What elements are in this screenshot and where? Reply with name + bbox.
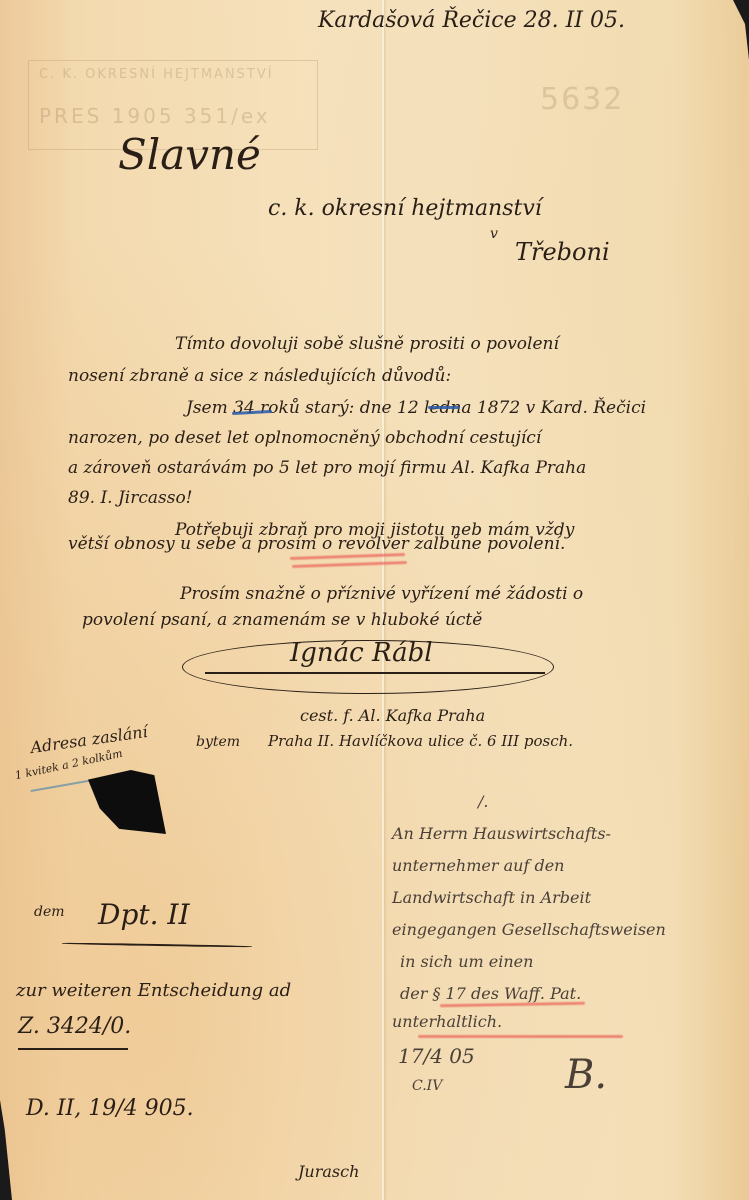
page-edge — [0, 1100, 12, 1200]
annotation-mark: /. — [478, 792, 488, 811]
stamp-text-1: C. K. OKRESNÍ HEJTMANSTVÍ — [39, 67, 307, 82]
red-underline-final — [418, 1035, 623, 1038]
addressee-line-1: c. k. okresní hejtmanství — [268, 196, 542, 221]
body-line-2: nosení zbraně a sice z následujících dův… — [68, 366, 451, 386]
body-line-9: Prosím snažně o příznivé vyřízení mé žád… — [180, 584, 583, 604]
signature-prefix: bytem — [196, 734, 240, 750]
annotation-date: 17/4 05 — [398, 1044, 475, 1068]
stamp-text-2: PRES 1905 351/ex — [39, 104, 307, 128]
torn-corner — [709, 0, 749, 60]
salutation: Slavné — [118, 130, 261, 179]
blue-underline-year — [428, 406, 460, 409]
signature-detail-2: Praha II. Havlíčkova ulice č. 6 III posc… — [268, 732, 573, 750]
body-line-1: Tímto dovoluji sobě slušně prositi o pov… — [175, 334, 559, 354]
annotation-line-7: unterhaltlich. — [392, 1012, 502, 1031]
red-underline-2 — [292, 561, 407, 568]
body-line-5: a zároveň ostarávám po 5 let pro mojí fi… — [68, 458, 586, 478]
margin-note-1: Adresa zaslání — [29, 722, 149, 757]
addressee-line-3: Třeboni — [515, 238, 610, 266]
place-date: Kardašová Řečice 28. II 05. — [318, 8, 625, 33]
left-annotation-ref: Z. 3424/0. — [18, 1014, 131, 1039]
annotation-line-5: in sich um einen — [400, 952, 533, 971]
red-underline-1 — [290, 553, 405, 560]
annotation-line-6: der § 17 des Waff. Pat. — [400, 984, 581, 1003]
addressee-line-2: v — [490, 226, 498, 242]
annotation-line-2: unternehmer auf den — [392, 856, 564, 875]
annotation-ref: C.IV — [412, 1078, 442, 1094]
annotation-line-3: Landwirtschaft in Arbeit — [392, 888, 591, 907]
body-line-6: 89. I. Jircasso! — [68, 488, 193, 508]
annotation-line-1: An Herrn Hauswirtschafts- — [392, 824, 611, 843]
annotation-initial: B. — [565, 1052, 607, 1098]
body-line-8: větší obnosy u sebe a prosím o revolver … — [68, 534, 565, 554]
body-line-4: narozen, po deset let oplnomocněný obcho… — [68, 428, 541, 448]
document-page: C. K. OKRESNÍ HEJTMANSTVÍ PRES 1905 351/… — [0, 0, 749, 1200]
dept-underline — [62, 942, 252, 947]
dept-prefix: dem — [34, 904, 65, 920]
signature-detail-1: cest. f. Al. Kafka Praha — [300, 706, 485, 725]
faint-stamp-number: 5632 — [540, 82, 624, 117]
ink-blot — [88, 770, 166, 834]
dept-label: Dpt. II — [98, 898, 190, 931]
left-annotation-line-2: zur weiteren Entscheidung ad — [16, 980, 291, 1001]
body-line-3: Jsem 34 roků starý: dne 12 ledna 1872 v … — [186, 398, 646, 418]
signature: Ignác Rábl — [290, 638, 433, 668]
signature-line — [205, 672, 545, 674]
annotation-line-4: eingegangen Gesellschaftsweisen — [392, 920, 666, 939]
clerk-signature: Jurasch — [298, 1162, 359, 1181]
ref-underline — [18, 1048, 128, 1050]
left-annotation-date: D. II, 19/4 905. — [26, 1096, 194, 1121]
body-line-10: povolení psaní, a znamenám se v hluboké … — [82, 610, 482, 630]
